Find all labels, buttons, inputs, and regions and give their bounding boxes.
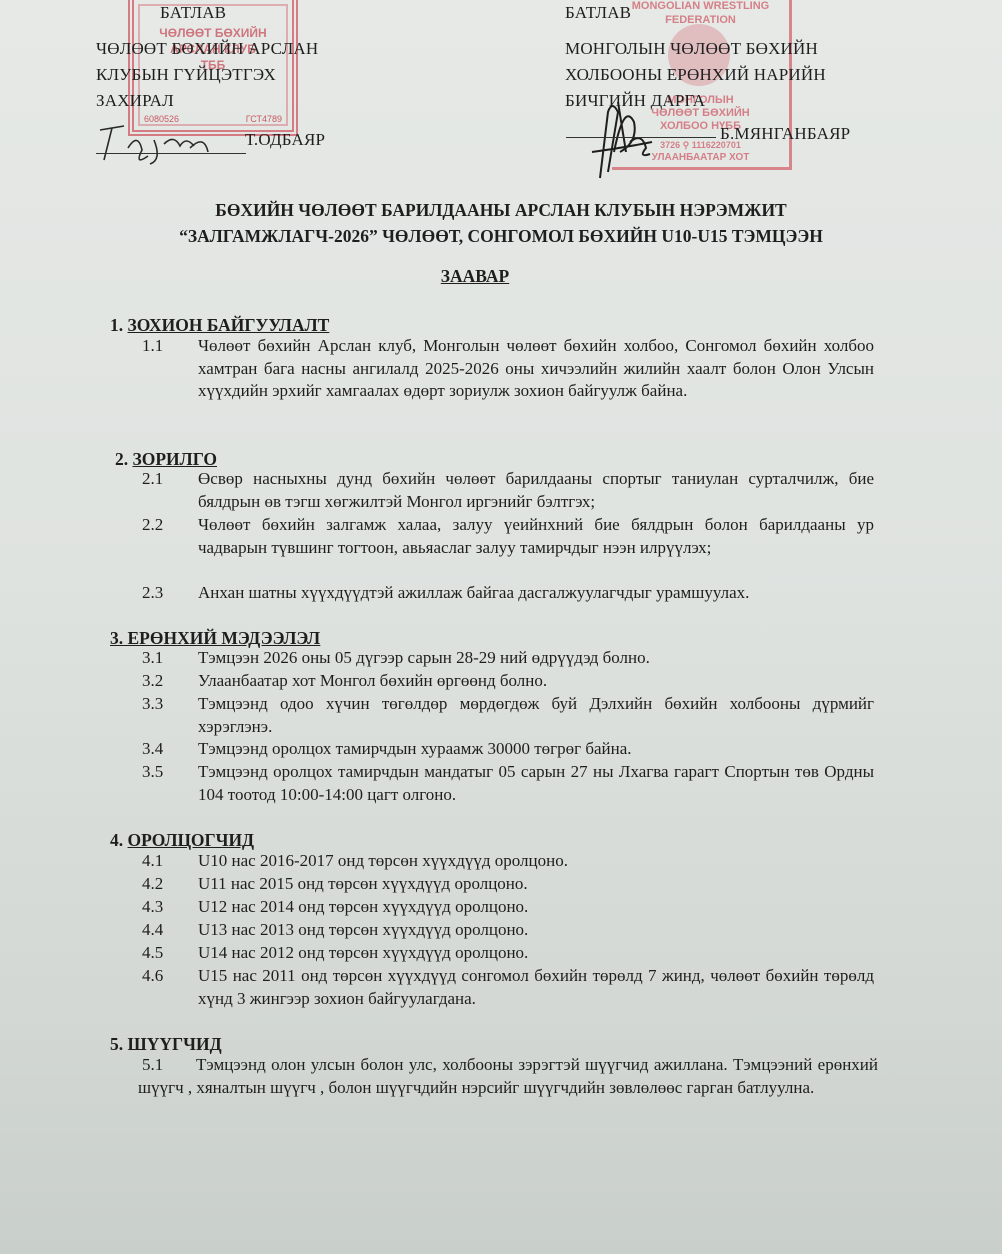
section-title: ЗОХИОН БАЙГУУЛАЛТ bbox=[128, 315, 330, 335]
item-text: U10 нас 2016-2017 онд төрсөн хүүхдүүд ор… bbox=[198, 850, 874, 873]
section-number: 4. bbox=[110, 830, 128, 850]
item-text: U12 нас 2014 онд төрсөн хүүхдүүд оролцон… bbox=[198, 896, 874, 919]
item-number: 2.2 bbox=[142, 514, 163, 537]
document-title: БӨХИЙН ЧӨЛӨӨТ БАРИЛДААНЫ АРСЛАН КЛУБЫН Н… bbox=[0, 197, 1002, 249]
section-heading: 5. ШҮҮГЧИД bbox=[110, 1032, 222, 1056]
item-text: Чөлөөт бөхийн залгамж халаа, залуу үеийн… bbox=[198, 514, 874, 559]
item-number: 3.3 bbox=[142, 693, 163, 716]
section-number: 2. bbox=[115, 449, 133, 469]
stamp-code: ГСТ4789 bbox=[246, 114, 282, 124]
item-number: 1.1 bbox=[142, 335, 163, 358]
item-number: 4.3 bbox=[142, 896, 163, 919]
item-number: 3.2 bbox=[142, 670, 163, 693]
section-title: ОРОЛЦОГЧИД bbox=[128, 830, 255, 850]
item-number: 4.6 bbox=[142, 965, 163, 988]
item-number: 4.5 bbox=[142, 942, 163, 965]
item-text: Тэмцээнд олон улсын болон улс, холбооны … bbox=[138, 1054, 878, 1099]
item-text: Чөлөөт бөхийн Арслан клуб, Монголын чөлө… bbox=[198, 335, 874, 403]
item-number: 4.1 bbox=[142, 850, 163, 873]
item-text: U13 нас 2013 онд төрсөн хүүхдүүд оролцон… bbox=[198, 919, 874, 942]
section-number: 5. bbox=[110, 1034, 128, 1054]
section-number: 1. bbox=[110, 315, 128, 335]
item-text: U11 нас 2015 онд төрсөн хүүхдүүд оролцон… bbox=[198, 873, 874, 896]
approve-label-left: БАТЛАВ bbox=[160, 0, 226, 26]
section-title: ШҮҮГЧИД bbox=[128, 1034, 222, 1054]
section-title: ЗОРИЛГО bbox=[133, 449, 218, 469]
signer-left: Т.ОДБАЯР bbox=[245, 127, 325, 153]
approver-title-left: ЧӨЛӨӨТ БӨХИЙН АРСЛАН КЛУБЫН ГҮЙЦЭТГЭХ ЗА… bbox=[96, 36, 318, 114]
item-number: 4.4 bbox=[142, 919, 163, 942]
signer-right: Б.МЯНГАНБАЯР bbox=[720, 121, 850, 147]
item-text: Улаанбаатар хот Монгол бөхийн өргөөнд бо… bbox=[198, 670, 874, 693]
item-number: 2.3 bbox=[142, 582, 163, 605]
item-number: 3.5 bbox=[142, 761, 163, 784]
signature-line-left bbox=[96, 153, 246, 154]
section-title: ЕРӨНХИЙ МЭДЭЭЛЭЛ bbox=[128, 628, 321, 648]
item-text: U14 нас 2012 онд төрсөн хүүхдүүд оролцон… bbox=[198, 942, 874, 965]
item-number: 3.4 bbox=[142, 738, 163, 761]
item-text: U15 нас 2011 онд төрсөн хүүхдүүд сонгомо… bbox=[198, 965, 874, 1010]
signature-left bbox=[94, 118, 244, 168]
item-text: Тэмцээнд оролцох тамирчдын хураамж 30000… bbox=[198, 738, 874, 761]
item-number: 2.1 bbox=[142, 468, 163, 491]
item-text: Тэмцээн 2026 оны 05 дүгээр сарын 28-29 н… bbox=[198, 647, 874, 670]
item-text: Анхан шатны хүүхдүүдтэй ажиллаж байгаа д… bbox=[198, 582, 874, 605]
stamp-text: MONGOLIAN WRESTLING bbox=[612, 0, 789, 12]
item-text: Өсвөр насныхны дунд бөхийн чөлөөт барилд… bbox=[198, 468, 874, 513]
item-text: Тэмцээнд оролцох тамирчдын мандатыг 05 с… bbox=[198, 761, 874, 806]
document-subtitle: ЗААВАР bbox=[0, 266, 950, 287]
signature-line-right bbox=[566, 137, 716, 138]
item-text: Тэмцээнд одоо хүчин төгөлдөр мөрдөгдөж б… bbox=[198, 693, 874, 738]
approve-label-right: БАТЛАВ bbox=[565, 0, 631, 26]
item-number: 3.1 bbox=[142, 647, 163, 670]
section-heading: 1. ЗОХИОН БАЙГУУЛАЛТ bbox=[110, 313, 329, 337]
item-number: 4.2 bbox=[142, 873, 163, 896]
section-heading: 4. ОРОЛЦОГЧИД bbox=[110, 828, 254, 852]
section-number: 3. bbox=[110, 628, 128, 648]
